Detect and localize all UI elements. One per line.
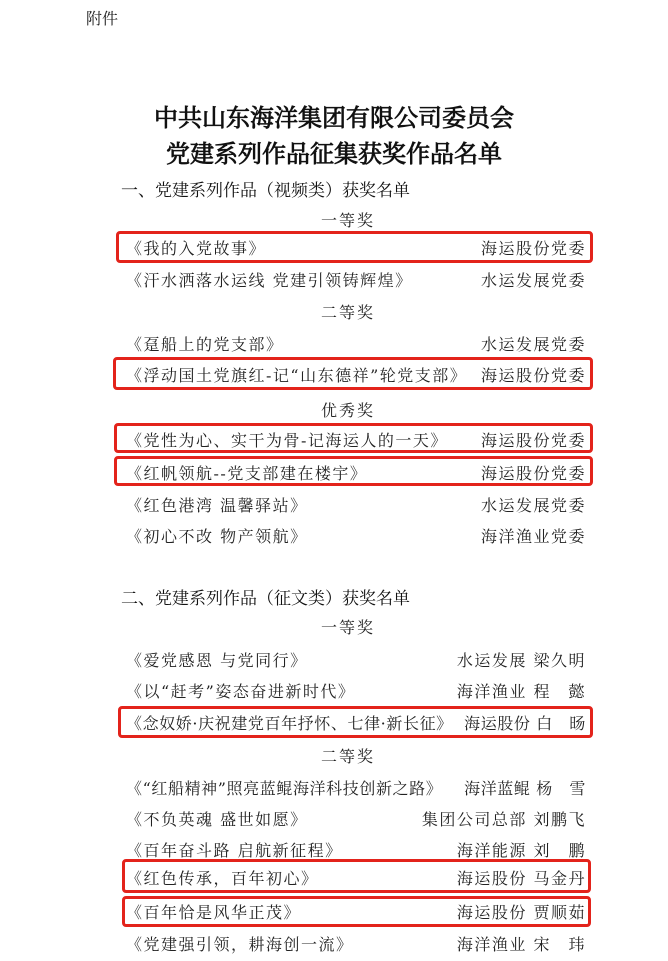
entry-title: 《党性为心、实干为骨-记海运人的一天》 — [126, 428, 448, 451]
entry-title: 《百年恰是风华正茂》 — [126, 900, 301, 923]
entry-row: 《汗水洒落水运线 党建引领铸辉煌》 水运发展党委 — [126, 268, 586, 290]
entry-title: 《红色港湾 温馨驿站》 — [126, 493, 308, 516]
entry-unit: 海洋蓝鲲 杨 雪 — [464, 776, 586, 799]
entry-unit: 海运股份党委 — [481, 236, 586, 259]
entry-unit: 集团公司总部 刘鹏飞 — [422, 807, 586, 830]
section-heading-essay: 二、党建系列作品（征文类）获奖名单 — [121, 584, 410, 609]
entry-title: 《汗水洒落水运线 党建引领铸辉煌》 — [126, 268, 413, 291]
entry-unit: 海运股份党委 — [481, 428, 586, 451]
entry-row: 《红色港湾 温馨驿站》 水运发展党委 — [126, 493, 586, 515]
entry-row: 《浮动国土党旗红-记“山东德祥”轮党支部》 海运股份党委 — [126, 363, 586, 385]
entry-unit: 海洋能源 刘 鹏 — [457, 838, 586, 861]
entry-title: 《不负英魂 盛世如愿》 — [126, 807, 308, 830]
entry-unit: 海洋渔业 宋 玮 — [457, 932, 586, 955]
entry-unit: 海运股份 马金丹 — [457, 866, 586, 889]
entry-row: 《爱党感恩 与党同行》 水运发展 梁久明 — [126, 648, 586, 670]
award-label-first-prize: 一等奖 — [0, 615, 668, 638]
entry-title: 《我的入党故事》 — [126, 236, 266, 259]
entry-title: 《红色传承，百年初心》 — [126, 866, 319, 889]
entry-unit: 海运股份党委 — [481, 363, 586, 386]
document-title-line-1: 中共山东海洋集团有限公司委员会 — [0, 98, 668, 133]
entry-row: 《党建强引领，耕海创一流》 海洋渔业 宋 玮 — [126, 932, 586, 954]
entry-unit: 水运发展党委 — [481, 493, 586, 516]
entry-row: 《我的入党故事》 海运股份党委 — [126, 236, 586, 258]
entry-unit: 海洋渔业 程 懿 — [457, 679, 586, 702]
entry-row: 《念奴娇·庆祝建党百年抒怀、七律·新长征》 海运股份 白 旸 — [126, 711, 586, 733]
entry-title: 《“红船精神”照亮蓝鲲海洋科技创新之路》 — [126, 776, 442, 799]
entry-row: 《不负英魂 盛世如愿》 集团公司总部 刘鹏飞 — [126, 807, 586, 829]
award-label-first-prize: 一等奖 — [0, 208, 668, 231]
entry-row: 《红帆领航--党支部建在楼宇》 海运股份党委 — [126, 461, 586, 483]
entry-unit: 海洋渔业党委 — [481, 524, 586, 547]
entry-title: 《爱党感恩 与党同行》 — [126, 648, 308, 671]
award-label-second-prize: 二等奖 — [0, 300, 668, 323]
entry-row: 《以“赶考”姿态奋进新时代》 海洋渔业 程 懿 — [126, 679, 586, 701]
entry-row: 《初心不改 物产领航》 海洋渔业党委 — [126, 524, 586, 546]
award-label-second-prize: 二等奖 — [0, 744, 668, 767]
entry-row: 《“红船精神”照亮蓝鲲海洋科技创新之路》 海洋蓝鲲 杨 雪 — [126, 776, 586, 798]
entry-unit: 海运股份 贾顺茹 — [457, 900, 586, 923]
entry-row: 《百年奋斗路 启航新征程》 海洋能源 刘 鹏 — [126, 838, 586, 860]
entry-title: 《念奴娇·庆祝建党百年抒怀、七律·新长征》 — [126, 711, 453, 734]
entry-title: 《以“赶考”姿态奋进新时代》 — [126, 679, 355, 702]
entry-title: 《党建强引领，耕海创一流》 — [126, 932, 354, 955]
entry-title: 《百年奋斗路 启航新征程》 — [126, 838, 343, 861]
entry-row: 《趸船上的党支部》 水运发展党委 — [126, 332, 586, 354]
entry-row: 《百年恰是风华正茂》 海运股份 贾顺茹 — [126, 900, 586, 922]
entry-row: 《党性为心、实干为骨-记海运人的一天》 海运股份党委 — [126, 428, 586, 450]
entry-title: 《初心不改 物产领航》 — [126, 524, 308, 547]
entry-title: 《趸船上的党支部》 — [126, 332, 284, 355]
section-heading-video: 一、党建系列作品（视频类）获奖名单 — [121, 176, 410, 201]
entry-title: 《浮动国土党旗红-记“山东德祥”轮党支部》 — [126, 363, 467, 386]
entry-title: 《红帆领航--党支部建在楼宇》 — [126, 461, 367, 484]
entry-unit: 水运发展党委 — [481, 332, 586, 355]
award-label-excellence-prize: 优秀奖 — [0, 398, 668, 421]
attachment-label: 附件 — [86, 6, 118, 29]
entry-unit: 水运发展党委 — [481, 268, 586, 291]
entry-row: 《红色传承，百年初心》 海运股份 马金丹 — [126, 866, 586, 888]
entry-unit: 水运发展 梁久明 — [457, 648, 586, 671]
entry-unit: 海运股份 白 旸 — [464, 711, 586, 734]
entry-unit: 海运股份党委 — [481, 461, 586, 484]
document-title-line-2: 党建系列作品征集获奖作品名单 — [0, 134, 668, 169]
